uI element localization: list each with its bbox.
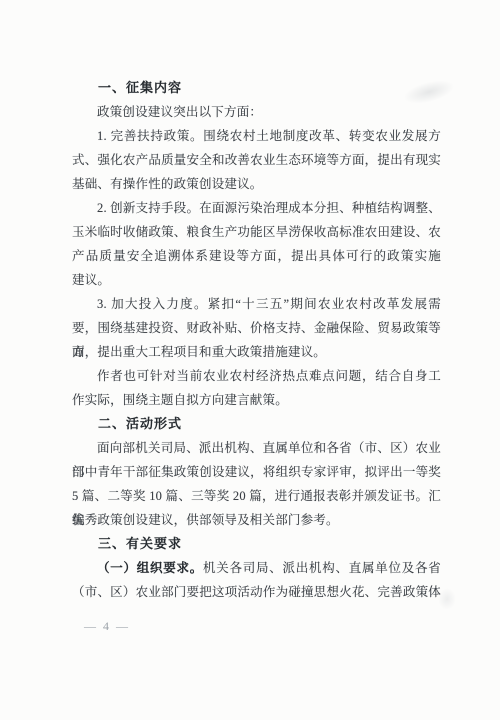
bold-text-run: （一）组织要求。: [97, 561, 203, 575]
text-line: 建议。: [72, 268, 441, 292]
text-line: 1. 完善扶持政策。围绕农村土地制度改革、转变农业发展方: [72, 124, 441, 148]
section-heading: 一、征集内容: [72, 76, 441, 100]
document-page: 一、征集内容政策创设建议突出以下方面：1. 完善扶持政策。围绕农村土地制度改革、…: [0, 0, 500, 720]
text-line: 作实际，围绕主题自拟方向建言献策。: [72, 388, 441, 412]
text-line: 基础、有操作性的政策创设建议。: [72, 172, 441, 196]
text-line: 面，提出重大工程项目和重大政策措施建议。: [72, 340, 441, 364]
text-run: 机关各司局、派出机构、直属单位及各省: [203, 561, 441, 575]
text-line: 3. 加大投入力度。紧扣“十三五”期间农业农村改革发展需: [72, 292, 441, 316]
text-line: 门中青年干部征集政策创设建议，将组织专家评审，拟评出一等奖: [72, 460, 441, 484]
text-line: 政策创设建议突出以下方面：: [72, 100, 441, 124]
page-number: — 4 —: [84, 616, 130, 636]
text-line: 式、强化农产品质量安全和改善农业生态环境等方面，提出有现实: [72, 148, 441, 172]
text-column: 一、征集内容政策创设建议突出以下方面：1. 完善扶持政策。围绕农村土地制度改革、…: [72, 76, 441, 604]
text-line: 作者也可针对当前农业农村经济热点难点问题，结合自身工: [72, 364, 441, 388]
section-heading: 三、有关要求: [72, 532, 441, 556]
text-line: 要，围绕基建投资、财政补贴、价格支持、金融保险、贸易政策等方: [72, 316, 441, 340]
text-line: 5 篇、二等奖 10 篇、三等奖 20 篇，进行通报表彰并颁发证书。汇编: [72, 484, 441, 508]
text-line: （一）组织要求。机关各司局、派出机构、直属单位及各省: [72, 556, 441, 580]
text-line: 2. 创新支持手段。在面源污染治理成本分担、种植结构调整、: [72, 196, 441, 220]
text-line: 优秀政策创设建议，供部领导及相关部门参考。: [72, 508, 441, 532]
text-line: 产品质量安全追溯体系建设等方面，提出具体可行的政策实施: [72, 244, 441, 268]
section-heading: 二、活动形式: [72, 412, 441, 436]
text-line: 面向部机关司局、派出机构、直属单位和各省（市、区）农业部: [72, 436, 441, 460]
text-line: 玉米临时收储政策、粮食生产功能区旱涝保收高标准农田建设、农: [72, 220, 441, 244]
text-line: （市、区）农业部门要把这项活动作为碰撞思想火花、完善政策体: [72, 580, 441, 604]
